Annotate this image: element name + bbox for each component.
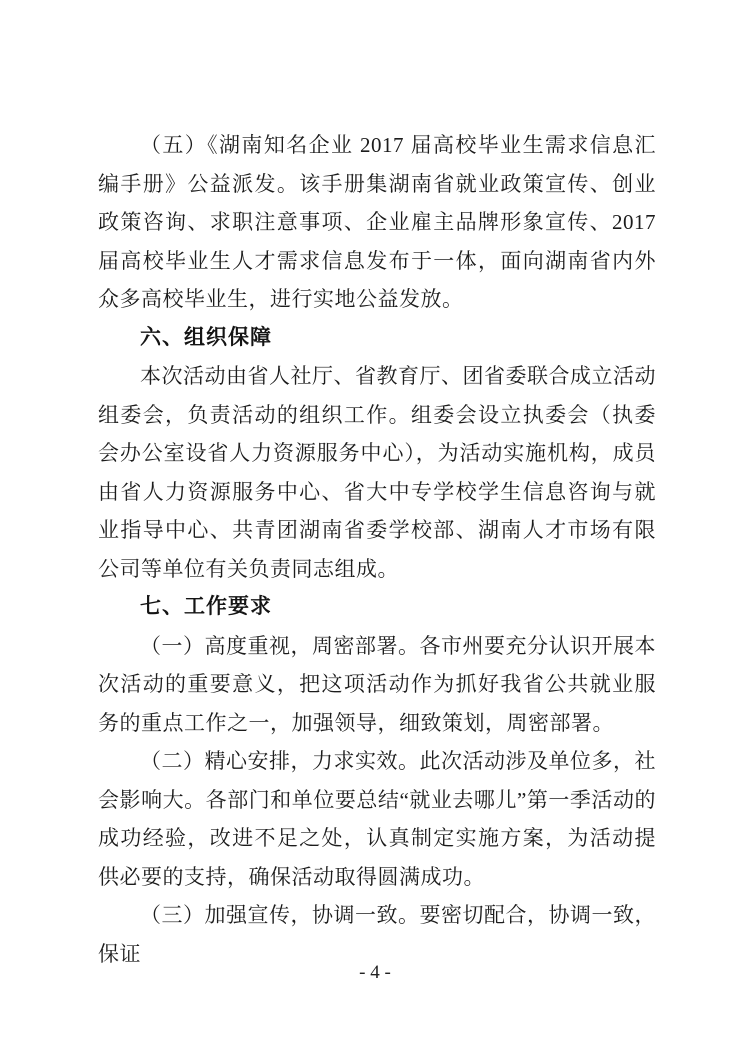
paragraph-organizing-committee: 本次活动由省人社厅、省教育厅、团省委联合成立活动组委会，负责活动的组织工作。组委… [98,357,656,588]
paragraph-requirement-1: （一）高度重视，周密部署。各市州要充分认识开展本次活动的重要意义，把这项活动作为… [98,627,656,743]
document-body: （五）《湖南知名企业 2017 届高校毕业生需求信息汇编手册》公益派发。该手册集… [98,126,656,973]
section-heading-work-requirements: 七、工作要求 [98,588,656,627]
page-number: - 4 - [0,962,750,984]
document-page: （五）《湖南知名企业 2017 届高校毕业生需求信息汇编手册》公益派发。该手册集… [0,0,750,1061]
paragraph-requirement-2: （二）精心安排，力求实效。此次活动涉及单位多，社会影响大。各部门和单位要总结“就… [98,742,656,896]
section-heading-organizational-support: 六、组织保障 [98,319,656,358]
paragraph-handbook-distribution: （五）《湖南知名企业 2017 届高校毕业生需求信息汇编手册》公益派发。该手册集… [98,126,656,319]
